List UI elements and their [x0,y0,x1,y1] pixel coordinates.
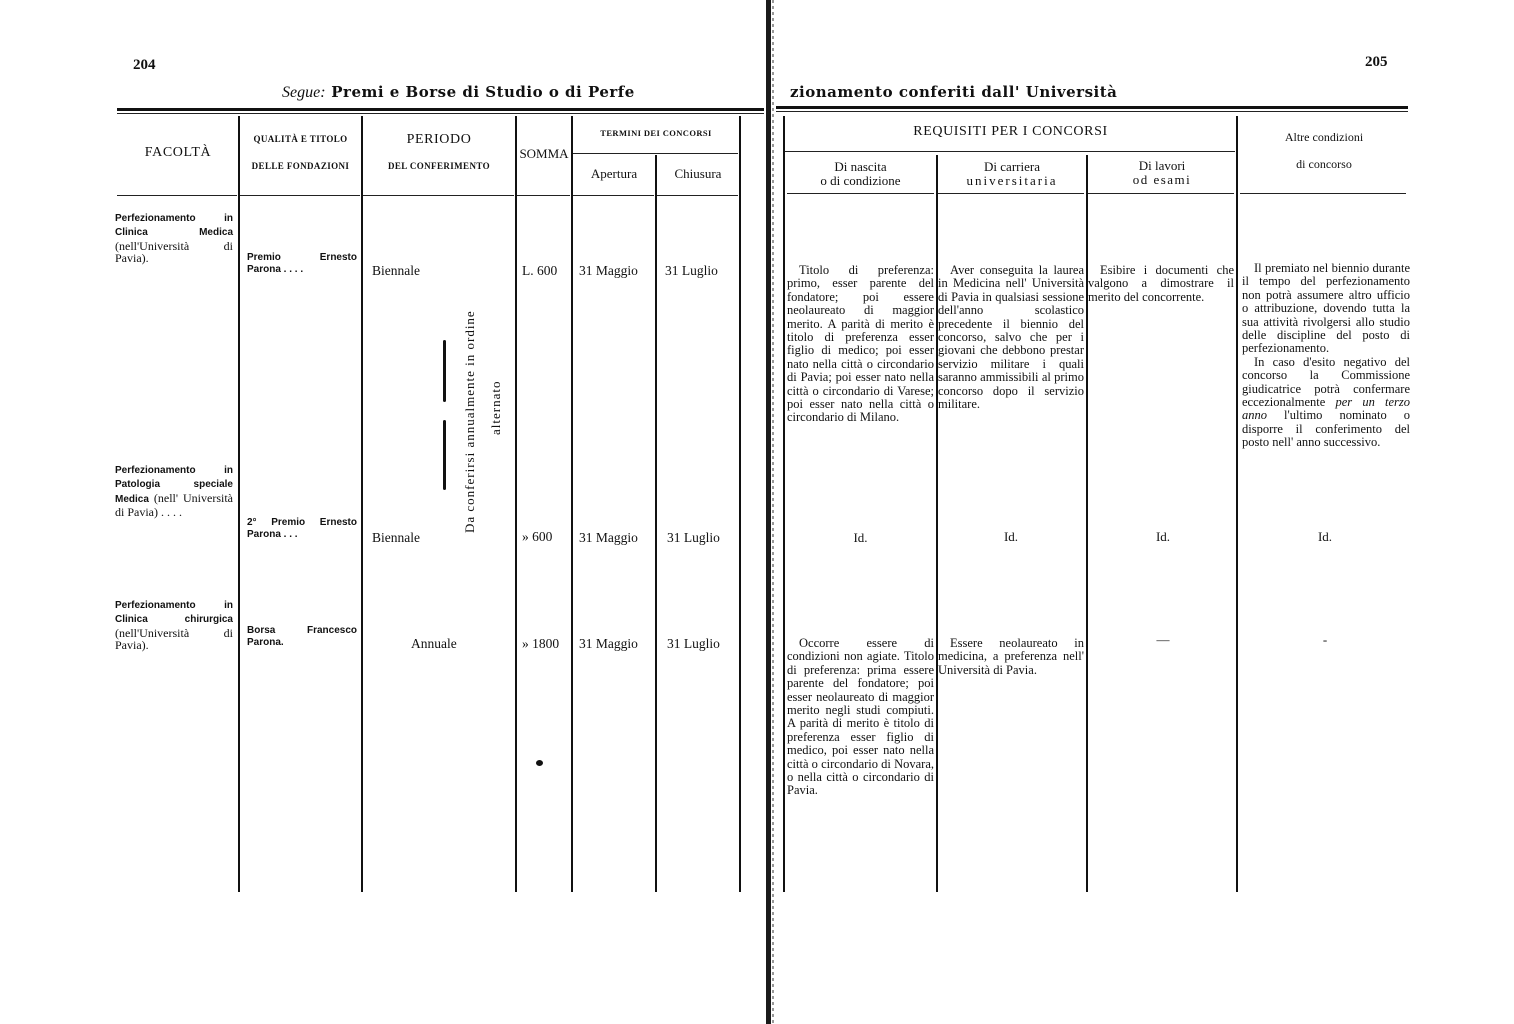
header-bottom-rule [117,195,237,196]
right-page-title: zionamento conferiti dall' Università [790,83,1117,101]
termini-rule [573,153,738,154]
row1-nascita: Titolo di preferenza: primo, esser paren… [787,264,934,425]
row1-facolta-rest: (nell'Università di Pavia). [115,239,233,265]
row1-altre-p2: In caso d'esito negativo del concorso la… [1242,356,1410,450]
header-bottom-rule [1240,193,1406,194]
header-chiusura: Chiusura [657,167,739,181]
col-divider [1236,116,1238,892]
row1-periodo: Biennale [372,263,420,279]
row3-chiusura: 31 Luglio [667,636,720,652]
header-altre-2: di concorso [1238,158,1410,171]
row2-fondazione: 2° Premio Ernesto Parona . . . [247,517,357,541]
book-spine [766,0,771,1024]
col-divider [739,116,741,892]
top-rule-right [776,106,1408,109]
col-divider [655,155,657,892]
row3-apertura: 31 Maggio [579,636,638,652]
row3-periodo: Annuale [411,636,457,652]
col-divider [238,116,240,892]
header-nascita-2: o di condizione [785,174,936,188]
header-altre-1: Altre condizioni [1238,131,1410,144]
row1-altre-p1: Il premiato nel biennio durante il tempo… [1242,262,1410,356]
row1-carriera-text: Aver conseguita la laurea in Medicina ne… [938,264,1084,411]
left-page-title: Segue: Premi e Borse di Studio o di Perf… [282,83,635,102]
row3-facolta: Perfezionamento in Clinica chirurgica (n… [115,598,233,651]
left-page-number: 204 [133,57,156,74]
header-apertura: Apertura [573,167,655,181]
row1-nascita-text: Titolo di preferenza: primo, esser paren… [787,264,934,425]
header-bottom-rule [1088,193,1234,194]
row1-apertura: 31 Maggio [579,263,638,279]
book-spine-shadow [772,0,774,1024]
row2-carriera: Id. [938,529,1084,545]
header-bottom-rule [363,195,514,196]
row3-carriera: Essere neolaureato in medicina, a prefer… [938,637,1084,677]
row1-lavori: Esibire i documenti che valgono a dimost… [1088,264,1234,304]
header-somma: SOMMA [516,147,572,161]
header-bottom-rule [240,195,360,196]
header-qualita-2: DELLE FONDAZIONI [240,162,361,172]
row3-somma: » 1800 [522,636,559,652]
row3-facolta-rest: (nell'Università di Pavia). [115,626,233,652]
rotated-note-line1: Da conferirsi annualmente in ordine [462,310,478,533]
top-rule-left-thin [117,113,764,114]
title-prefix: Segue: [282,84,326,101]
header-bottom-rule [573,195,654,196]
header-requisiti: REQUISITI PER I CONCORSI [785,124,1236,139]
row1-facolta-bold: Perfezionamento in Clinica Medica [115,213,233,238]
row1-somma: L. 600 [522,263,557,279]
row3-nascita: Occorre essere di condizioni non agiate.… [787,637,934,798]
ink-speck [536,760,543,766]
row3-nascita-text: Occorre essere di condizioni non agiate.… [787,637,934,798]
row1-chiusura: 31 Luglio [665,263,718,279]
row1-altre-p2-b: l'ultimo nominato o disporre il conferim… [1242,408,1410,449]
row2-nascita: Id. [787,530,934,546]
row2-chiusura: 31 Luglio [667,530,720,546]
row2-facolta: Perfezionamento in Patologia speciale Me… [115,463,233,518]
row2-somma: » 600 [522,529,552,545]
row1-altre: Il premiato nel biennio durante il tempo… [1242,262,1410,450]
col-divider [515,116,517,892]
col-divider [361,116,363,892]
row1-carriera: Aver conseguita la laurea in Medicina ne… [938,264,1084,411]
header-bottom-rule [938,193,1084,194]
header-periodo-1: PERIODO [363,132,515,147]
header-facolta: FACOLTÀ [118,145,238,160]
header-termini: TERMINI DEI CONCORSI [573,129,739,138]
row1-facolta: Perfezionamento in Clinica Medica (nell'… [115,211,233,264]
rotated-note-line2: alternato [488,381,504,435]
header-lavori-2: od esami [1087,173,1237,187]
row3-fondazione: Borsa Francesco Parona. [247,625,357,649]
right-page-number: 205 [1365,54,1388,71]
row2-apertura: 31 Maggio [579,530,638,546]
row1-lavori-text: Esibire i documenti che valgono a dimost… [1088,264,1234,304]
col-divider [783,116,785,892]
row3-altre: - [1240,632,1410,648]
top-rule-right-thin [776,111,1408,112]
row3-carriera-text: Essere neolaureato in medicina, a prefer… [938,637,1084,677]
row2-altre: Id. [1240,529,1410,545]
header-bottom-rule [657,195,738,196]
brace-lower [443,420,446,490]
header-bottom-rule [517,195,570,196]
requisiti-rule [785,151,1235,152]
title-text-left: Premi e Borse di Studio o di Perfe [331,83,635,101]
row3-lavori: — [1088,632,1238,648]
col-divider [571,116,573,892]
row1-fondazione: Premio Ernesto Parona . . . . [247,252,357,276]
header-periodo-2: DEL CONFERIMENTO [363,162,515,172]
header-carriera-2: universitaria [937,174,1087,188]
row2-lavori: Id. [1088,529,1238,545]
row2-periodo: Biennale [372,530,420,546]
top-rule-left [117,108,764,111]
row3-facolta-bold: Perfezionamento in Clinica chirurgica [115,600,233,625]
header-qualita-1: QUALITÀ E TITOLO [240,135,361,145]
header-bottom-rule [787,193,934,194]
brace-upper [443,340,446,402]
